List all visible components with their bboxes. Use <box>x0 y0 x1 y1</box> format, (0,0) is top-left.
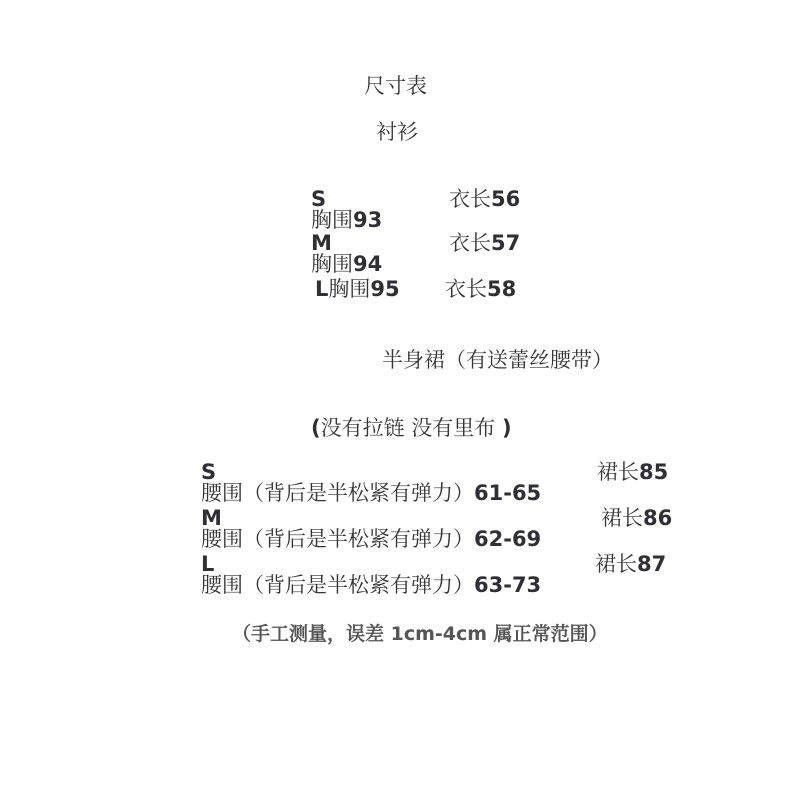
measurement-footnote: （手工测量，误差 1cm-4cm 属正常范围） <box>232 625 608 644</box>
page-title: 尺寸表 <box>364 76 427 97</box>
length-label: 衣长 <box>445 277 487 301</box>
length-label: 衣长 <box>449 187 491 211</box>
length-label: 裙长 <box>597 460 639 484</box>
skirt-row-l-length: 裙长87 <box>574 533 666 596</box>
shirt-heading: 衬衫 <box>376 122 418 143</box>
length-value: 57 <box>491 231 520 255</box>
subheading-text: 没有拉链 没有里布 <box>321 416 502 440</box>
length-value: 86 <box>643 506 672 530</box>
chest-value: 95 <box>370 277 399 301</box>
length-label: 衣长 <box>449 231 491 255</box>
chest-label: 胸围 <box>328 277 370 301</box>
length-value: 85 <box>639 460 668 484</box>
length-value: 56 <box>491 187 520 211</box>
length-label: 裙长 <box>601 506 643 530</box>
shirt-row-l-length: 衣长58 <box>424 258 516 321</box>
shirt-row-l: L胸围95 <box>294 258 400 321</box>
paren-close: ) <box>502 416 512 440</box>
size-label: L <box>315 277 328 301</box>
length-value: 58 <box>487 277 516 301</box>
paren-open: ( <box>311 416 321 440</box>
length-label: 裙长 <box>595 552 637 576</box>
length-value: 87 <box>637 552 666 576</box>
waist-label: 腰围（背后是半松紧有弹力） <box>201 573 474 597</box>
skirt-row-l: L 腰围（背后是半松紧有弹力）63-73 <box>180 533 541 617</box>
skirt-heading: 半身裙（有送蕾丝腰带） <box>382 350 613 371</box>
waist-value: 63-73 <box>474 573 541 597</box>
